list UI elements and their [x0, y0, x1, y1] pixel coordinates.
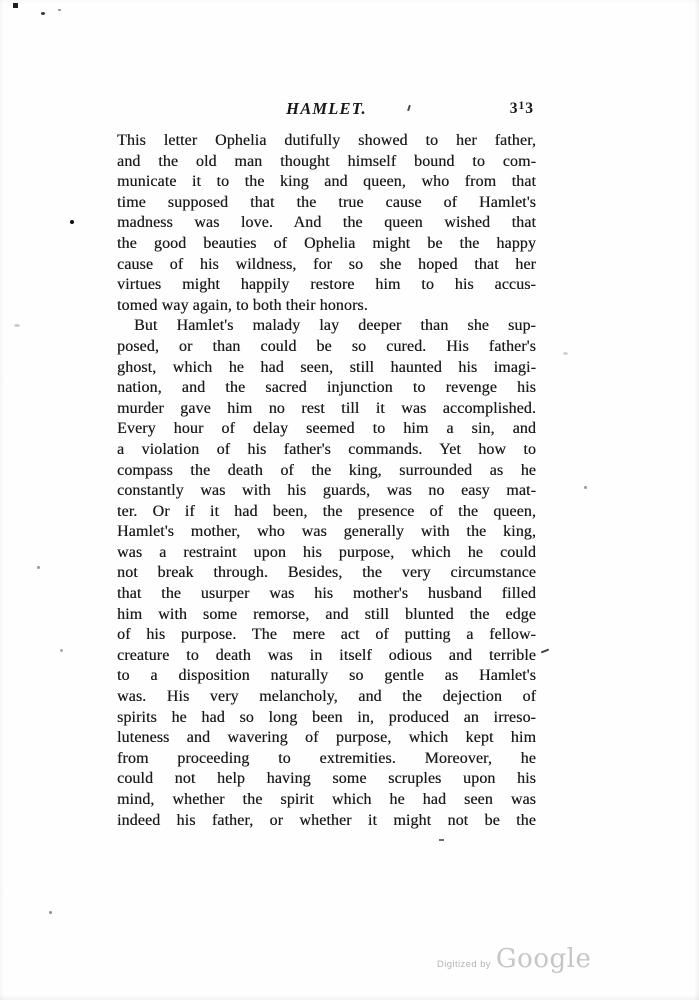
text-line: Every hour of delay seemed to him a sin,… [117, 419, 536, 440]
text-line: municate it to the king and queen, who f… [117, 172, 536, 193]
text-line: a violation of his father's commands. Ye… [117, 440, 536, 461]
text-line: that the usurper was his mother's husban… [117, 584, 536, 605]
text-line: madness was love. And the queen wished t… [117, 213, 536, 234]
scan-speck [49, 911, 52, 914]
text-line: murder gave him no rest till it was acco… [117, 399, 536, 420]
running-head-row: HAMLET. 313 [117, 99, 536, 121]
text-line: posed, or than could be so cured. His fa… [117, 337, 536, 358]
text-line: indeed his father, or whether it might n… [117, 811, 536, 832]
text-line: creature to death was in itself odious a… [117, 646, 536, 667]
book-page: HAMLET. 313 This letter Ophelia dutifull… [0, 0, 699, 1000]
text-line: could not help having some scruples upon… [117, 769, 536, 790]
page-number-digit: 3 [510, 100, 519, 117]
text-line: mind, whether the spirit which he had se… [117, 790, 536, 811]
scan-speck [541, 649, 549, 654]
scan-speck [14, 324, 20, 327]
scan-speck [41, 12, 45, 15]
google-logo: Google [496, 944, 591, 974]
scan-speck [60, 649, 63, 652]
text-line: of his purpose. The mere act of putting … [117, 625, 536, 646]
text-line: But Hamlet's malady lay deeper than she … [117, 316, 536, 337]
page-number-digit: 3 [525, 100, 534, 117]
text-line: constantly was with his guards, was no e… [117, 481, 536, 502]
text-line: and the old man thought himself bound to… [117, 152, 536, 173]
scan-speck [58, 9, 61, 11]
text-line: Hamlet's mother, who was generally with … [117, 522, 536, 543]
text-line: compass the death of the king, surrounde… [117, 461, 536, 482]
text-line: ghost, which he had seen, still haunted … [117, 358, 536, 379]
scan-speck [13, 3, 18, 8]
text-line: This letter Ophelia dutifully showed to … [117, 131, 536, 152]
text-line: from proceeding to extremities. Moreover… [117, 749, 536, 770]
text-line: nation, and the sacred injunction to rev… [117, 378, 536, 399]
scan-speck [563, 352, 568, 355]
text-line: to a disposition naturally so gentle as … [117, 666, 536, 687]
text-line: was a restraint upon his purpose, which … [117, 543, 536, 564]
text-line: not break through. Besides, the very cir… [117, 563, 536, 584]
watermark: Digitized by Google [437, 944, 591, 974]
text-line: tomed way again, to both their honors. [117, 296, 536, 317]
text-block: This letter Ophelia dutifully showed to … [117, 131, 536, 831]
scan-speck [439, 839, 444, 841]
scan-speck [70, 220, 74, 224]
text-line: him with some remorse, and still blunted… [117, 605, 536, 626]
text-line: was. His very melancholy, and the deject… [117, 687, 536, 708]
text-line: spirits he had so long been in, produced… [117, 708, 536, 729]
text-line: the good beauties of Ophelia might be th… [117, 234, 536, 255]
watermark-text: Digitized by [437, 959, 491, 970]
text-line: ter. Or if it had been, the presence of … [117, 502, 536, 523]
text-line: luteness and wavering of purpose, which … [117, 728, 536, 749]
text-line: time supposed that the true cause of Ham… [117, 193, 536, 214]
scan-speck [584, 486, 587, 489]
scan-speck [37, 566, 40, 569]
text-line: virtues might happily restore him to his… [117, 275, 536, 296]
page-number: 313 [510, 100, 534, 118]
text-line: cause of his wildness, for so she hoped … [117, 255, 536, 276]
running-head-title: HAMLET. [117, 99, 536, 119]
